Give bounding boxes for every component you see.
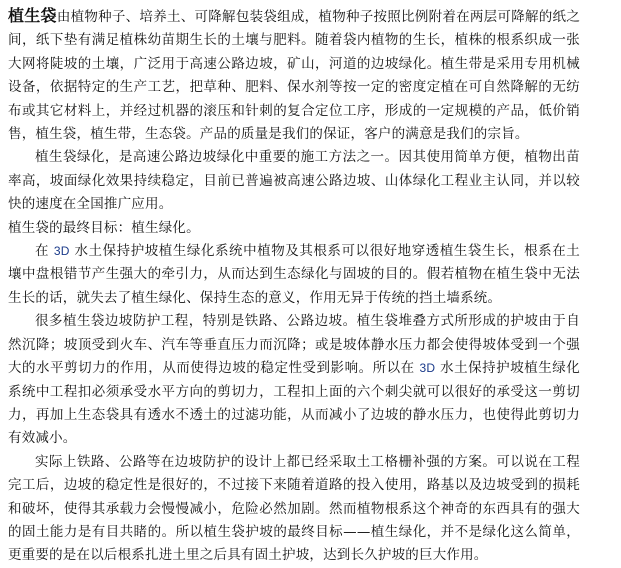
paragraph-slope-protection: 很多植生袋边坡防护工程，特别是铁路、公路边坡。植生袋堆叠方式所形成的护坡由于自然… (8, 310, 580, 450)
paragraph-conclusion: 实际上铁路、公路等在边坡防护的设计上都已经采取土工格栅补强的方案。可以说在工程完… (8, 451, 580, 489)
3d-label: 3D (54, 244, 70, 258)
paragraph-greening-method: 植生袋绿化，是高速公路边坡绿化中重要的施工方法之一。因其使用简单方便，植物出苗率… (8, 146, 580, 216)
text-segment: 水土保持护坡植生绿化系统中植物及其根系可以很好地穿透植生袋生长，根系在土壤中盘根… (8, 243, 580, 306)
paragraph-goal: 植生袋的最终目标：植生绿化。 (8, 217, 580, 240)
intro-text: 由植物种子、培养土、可降解包装袋组成，植物种子按照比例附着在两层可降解的纸之间，… (8, 9, 580, 142)
article-title: 植生袋 (8, 6, 57, 25)
text-segment: 在 (35, 243, 54, 259)
intro-paragraph: 植生袋由植物种子、培养土、可降解包装袋组成，植物种子按照比例附着在两层可降解的纸… (8, 4, 580, 146)
article-body: 植生袋由植物种子、培养土、可降解包装袋组成，植物种子按照比例附着在两层可降解的纸… (8, 4, 580, 489)
3d-label: 3D (420, 361, 436, 375)
paragraph-3d-system: 在 3D 水土保持护坡植生绿化系统中植物及其根系可以很好地穿透植生袋生长，根系在… (8, 240, 580, 310)
